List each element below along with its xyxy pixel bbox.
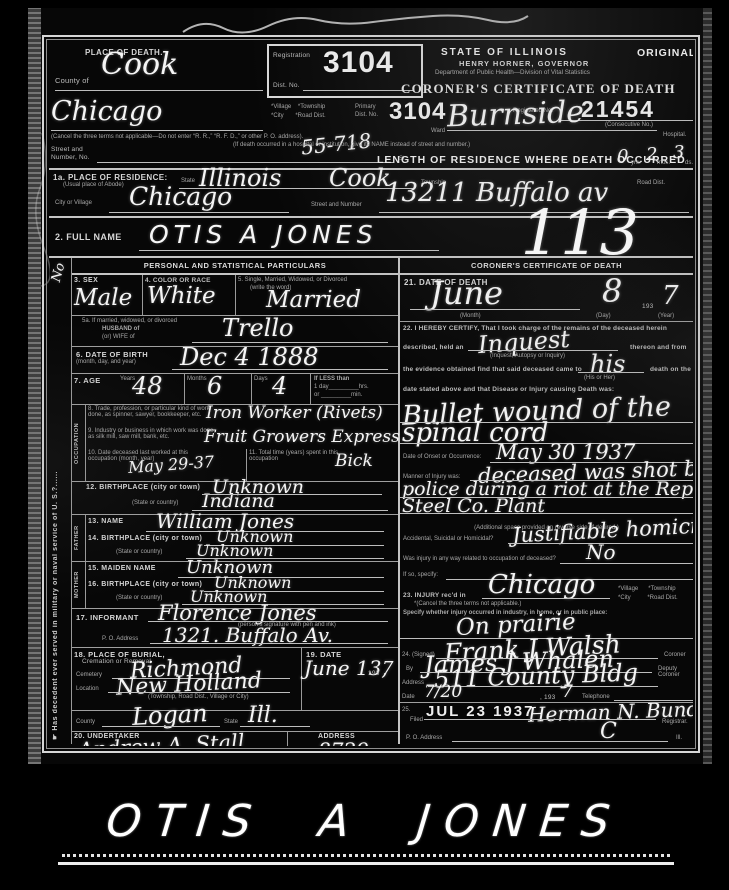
hospital-note: (If death occurred in a hospital or inst… — [233, 142, 470, 148]
trade-handwritten: Iron Worker (Rivets) — [206, 405, 383, 422]
burial-year-printed: 193 — [368, 670, 379, 678]
occupation-cells: 8. Trade, profession, or particular kind… — [86, 405, 398, 481]
yrs-unit: yrs. — [631, 160, 641, 166]
underline — [560, 563, 693, 564]
burial-date-cell: 19. DATE June 13, 193 7 — [301, 648, 398, 710]
burial-row: 18. PLACE OF BURIAL, Cremation or Remova… — [72, 648, 398, 711]
accidental-label: Accidental, Suicidal or Homicidal? — [403, 536, 493, 542]
underline — [578, 372, 644, 373]
deputy-coroner-label: Deputy Coroner — [658, 666, 693, 678]
informant-label: 17. INFORMANT — [76, 613, 139, 622]
certify-line-4: the evidence obtained find that said dec… — [403, 366, 582, 374]
personal-particulars-column: PERSONAL AND STATISTICAL PARTICULARS 3. … — [72, 258, 400, 744]
county-handwritten: Cook — [101, 50, 178, 80]
full-name-row: 2. FULL NAME OTIS A JONES 113 — [49, 218, 693, 258]
registration-box: Registration 3104 Dist. No. — [267, 44, 423, 98]
informant-addr-label: P. O. Address — [102, 636, 138, 642]
caption-area: OTIS A JONES — [0, 788, 729, 888]
date-of-death-row: 21. DATE OF DEATH June (Month) 8 (Day) 1… — [400, 275, 693, 322]
inquest-sublabel: (Inquest, Autopsy or Inquiry) — [490, 353, 565, 359]
occupation-row: OCCUPATION 8. Trade, profession, or part… — [72, 405, 398, 482]
accidental-row: Accidental, Suicidal or Homicidal? Justi… — [400, 526, 693, 548]
onset-label: Date of Onset or Occurrence: — [403, 454, 481, 460]
age-months-cell: Months 6 — [185, 374, 252, 404]
filed-row: 25. Filed JUL 23 1937 Herman N. Bundesen… — [400, 702, 693, 727]
father-row: FATHER 13. NAME William Jones 14. BIRTHP… — [72, 515, 398, 562]
burial-state-label: State — [224, 719, 238, 725]
street-and-number-label: Street and Number — [311, 202, 362, 208]
underline — [482, 598, 610, 599]
his-sublabel: (His or Her) — [584, 375, 615, 381]
injury-label: 23. INJURY rec'd in — [403, 592, 466, 600]
underline — [139, 250, 439, 251]
undertaker-address-cell: ADDRESS 8729 Commercial Av — [287, 732, 398, 746]
occupation-side-strip: OCCUPATION — [72, 405, 86, 481]
father-bp-label: 14. BIRTHPLACE (city or town) — [88, 535, 202, 543]
race-handwritten: White — [147, 285, 216, 308]
marital-handwritten: Married — [266, 289, 361, 312]
spouse-label-1: 5a. If married, widowed, or divorced — [82, 318, 177, 324]
form-header: PLACE OF DEATH. County of Cook Registrat… — [49, 42, 693, 170]
trade-label: 8. Trade, profession, or particular kind… — [88, 406, 216, 418]
dob-label: 6. DATE OF BIRTH — [76, 350, 148, 359]
certify-line-3: thereon and from — [630, 344, 687, 352]
father-bp-sublabel: (State or country) — [116, 549, 162, 555]
industry-label: 9. Industry or business in which work wa… — [88, 428, 216, 440]
certificate-title: CORONER'S CERTIFICATE OF DEATH — [401, 81, 676, 97]
spouse-label-2: HUSBAND of — [102, 326, 139, 332]
age-days-label: Days — [254, 376, 268, 382]
age-label: 7. AGE — [74, 376, 101, 385]
registrar-mark-handwritten: C — [600, 721, 617, 743]
death-certificate: PLACE OF DEATH. County of Cook Registrat… — [28, 8, 712, 764]
dob-sublabel: (month, day, and year) — [76, 359, 136, 365]
informant-row: 17. INFORMANT Florence Jones (person's s… — [72, 609, 398, 648]
certify-line-6: date stated above and that Disease or In… — [403, 386, 614, 394]
photostat-page: PLACE OF DEATH. County of Cook Registrat… — [0, 0, 729, 890]
dob-row: 6. DATE OF BIRTH (month, day, and year) … — [72, 347, 398, 374]
consecutive-no-label: (Consecutive No.) — [605, 122, 653, 128]
death-day-sublabel: (Day) — [596, 313, 611, 319]
village-terms-line2: *City *Road Dist. — [271, 113, 326, 119]
underline — [410, 309, 580, 310]
spouse-label-3: (or) WIFE of — [102, 334, 135, 340]
underline — [400, 513, 693, 514]
sex-cell: 3. SEX Male — [72, 275, 143, 315]
primary-dist-number-stamp: 3104 — [389, 98, 446, 126]
film-edge-left — [28, 8, 41, 764]
county-of-label: County of — [55, 76, 89, 85]
underline — [202, 494, 382, 495]
certificate-frame: PLACE OF DEATH. County of Cook Registrat… — [42, 35, 700, 753]
underline — [428, 686, 658, 687]
form-columns: No ☛ Has decedent ever served in militar… — [49, 258, 693, 744]
by-label: By — [406, 666, 413, 672]
manner-row: Manner of Injury was: deceased was shot … — [400, 466, 693, 516]
governor-line: HENRY HORNER, GOVERNOR — [459, 59, 589, 68]
coroner-certificate-column: CORONER'S CERTIFICATE OF DEATH 21. DATE … — [400, 258, 693, 744]
burial-county-label: County — [76, 719, 95, 725]
burial-year-handwritten: 7 — [382, 660, 393, 678]
ds-unit: ds. — [685, 160, 693, 166]
death-month-handwritten: June — [430, 277, 503, 309]
mother-bp-sublabel: (State or country) — [116, 595, 162, 601]
race-cell: 4. COLOR OR RACE White — [143, 275, 236, 315]
street-label-2: Number, No. — [51, 154, 90, 162]
death-year-sublabel: (Year) — [658, 313, 674, 319]
city-or-village-label: City or Village — [55, 200, 92, 206]
industry-cell: 9. Industry or business in which work wa… — [86, 427, 398, 449]
trade-cell: 8. Trade, profession, or particular kind… — [86, 405, 398, 427]
total-time-label: 11. Total time (years) spent in this occ… — [249, 450, 339, 462]
residence-county-handwritten: Cook — [329, 166, 391, 190]
military-service-question: ☛ Has decedent ever served in military o… — [52, 298, 60, 740]
hospital-label: Hospital. — [663, 132, 686, 138]
length-yrs-handwritten: 0 — [617, 148, 628, 166]
underline — [148, 621, 388, 622]
death-month-sublabel: (Month) — [460, 313, 481, 319]
age-years-cell: Years 48 — [118, 374, 185, 404]
birthplace-sublabel: (State or country) — [132, 500, 178, 506]
caption-dotted-underline — [62, 854, 670, 857]
age-days-cell: Days 4 — [252, 374, 311, 404]
undertaker-row: 20. UNDERTAKER Andrew A. Stall (personal… — [72, 732, 398, 746]
specify-label: If so, specify: — [403, 572, 438, 578]
injury-cancel-note: *(Cancel the three terms not applicable.… — [414, 601, 521, 607]
po-address-label: P. O. Address — [406, 735, 442, 741]
caption-solid-underline — [58, 862, 674, 865]
marital-label: 5. Single, Married, Widowed, or Divorced — [238, 277, 347, 283]
signed-year-handwritten: 7 — [562, 684, 573, 701]
occupation-side-label: OCCUPATION — [74, 405, 80, 481]
injury-terms-line2: *City *Road Dist. — [618, 595, 678, 601]
age-months-handwritten: 6 — [207, 374, 222, 398]
last-worked-handwritten: May 29-37 — [128, 454, 215, 476]
ward-handwritten: Burnside — [447, 98, 585, 133]
underline — [109, 212, 289, 213]
underline — [51, 130, 263, 131]
underline — [240, 726, 310, 727]
full-name-handwritten: OTIS A JONES — [149, 220, 378, 249]
mother-side-strip: MOTHER — [72, 562, 86, 608]
filed-label: Filed — [410, 717, 423, 723]
primary-dist-label: Dist. No. — [355, 112, 378, 118]
father-side-strip: FATHER — [72, 515, 86, 561]
left-margin-strip: No ☛ Has decedent ever served in militar… — [49, 258, 72, 744]
military-service-answer-handwritten: No — [50, 262, 68, 284]
cancel-note: (Cancel the three terms not applicable—D… — [51, 134, 471, 140]
age-less-cell: If LESS than 1 day_________hrs. or _____… — [311, 374, 398, 404]
age-label-cell: 7. AGE — [72, 374, 118, 404]
road-dist-label: Road Dist. — [637, 180, 665, 186]
industry-handwritten: Fruit Growers Express — [204, 429, 400, 446]
po-address-row: C P. O. Address Ill. — [400, 727, 693, 745]
underline — [172, 369, 388, 370]
ward-label: Ward — [431, 128, 445, 134]
sex-handwritten: Male — [74, 287, 132, 310]
burial-state-handwritten: Ill. — [248, 705, 278, 727]
signed-date-handwritten: 7/20 — [424, 684, 462, 701]
burial-county-row: County Logan State Ill. — [72, 711, 398, 732]
underline — [150, 643, 388, 644]
certify-line-2: described, held an — [403, 344, 464, 352]
injury-place-handwritten: Chicago — [488, 572, 595, 598]
marital-cell: 5. Single, Married, Widowed, or Divorced… — [236, 275, 398, 315]
case-number-handwritten: 113 — [521, 202, 639, 264]
related-row: Was injury in any way related to occupat… — [400, 548, 693, 568]
mother-name-label: 15. MAIDEN NAME — [88, 565, 156, 573]
birthplace-label: 12. BIRTHPLACE (city or town) — [86, 484, 200, 492]
full-name-label: 2. FULL NAME — [55, 232, 122, 243]
dist-no-label: Dist. No. — [273, 82, 300, 90]
original-label: ORIGINAL — [637, 47, 693, 59]
underline — [102, 726, 220, 727]
street-label-1: Street and — [51, 146, 83, 154]
registration-label: Registration — [273, 52, 310, 60]
total-time-handwritten: Bick — [335, 453, 373, 470]
age-months-label: Months — [187, 376, 207, 382]
cemetery-label: Cemetery — [76, 672, 102, 678]
registered-no-stamp: 21454 — [581, 96, 655, 123]
injury-terms-line1: *Village *Township — [618, 586, 676, 592]
mos-unit: mos. — [657, 160, 670, 166]
location-label: Location — [76, 686, 99, 692]
primary-label: Primary — [355, 104, 376, 110]
certificate-content: PLACE OF DEATH. County of Cook Registrat… — [49, 42, 693, 746]
underline — [97, 162, 393, 163]
department-line: Department of Public Health—Division of … — [435, 69, 590, 76]
village-terms-line1: *Village *Township — [271, 104, 325, 110]
undertaker-address-no-handwritten: 8729 — [318, 740, 369, 746]
death-year-handwritten: 7 — [662, 283, 679, 309]
ill-label: Ill. — [676, 735, 682, 741]
underline — [55, 90, 263, 91]
informant-addr-handwritten: 1321. Buffalo Av. — [162, 625, 333, 645]
age-days-handwritten: 4 — [272, 374, 287, 398]
residence-city-handwritten: Chicago — [129, 184, 232, 209]
age-row: 7. AGE Years 48 Months 6 Days — [72, 374, 398, 405]
related-label: Was injury in any way related to occupat… — [403, 556, 556, 562]
related-handwritten: No — [586, 542, 616, 562]
father-cells: 13. NAME William Jones 14. BIRTHPLACE (c… — [86, 515, 398, 561]
date-label: Date — [402, 694, 415, 700]
underline — [303, 90, 413, 91]
dob-handwritten: Dec 4 1888 — [180, 345, 319, 369]
caption-name-handwritten: OTIS A JONES — [82, 796, 647, 847]
undertaker-left-cell: 20. UNDERTAKER Andrew A. Stall (personal… — [72, 732, 287, 746]
certify-line-5: death on the — [650, 366, 691, 374]
mother-side-label: MOTHER — [74, 562, 80, 608]
coroner-label: Coroner — [664, 652, 686, 658]
address-label: Address — [402, 680, 424, 686]
father-side-label: FATHER — [74, 515, 80, 561]
length-mos-handwritten: 2 — [646, 146, 657, 164]
registration-number-stamp: 3104 — [323, 46, 394, 80]
death-day-handwritten: 8 — [602, 275, 622, 307]
filed-date-stamp: JUL 23 1937 — [426, 703, 534, 720]
registrar-label: Registrar. — [662, 719, 688, 725]
city-handwritten: Chicago — [51, 98, 162, 125]
length-ds-handwritten: 3 — [673, 144, 684, 162]
burial-county-handwritten: Logan — [131, 701, 208, 729]
underline — [452, 741, 668, 742]
age-less-label-2: 1 day_________hrs. — [314, 384, 369, 390]
film-edge-right — [703, 8, 712, 764]
spouse-handwritten: Trello — [222, 316, 293, 340]
signed-row: 24. (Signed) Frank J Walsh Coroner By Ja… — [400, 644, 693, 702]
residence-sublabel: (Usual place of Abode) — [63, 182, 124, 188]
sex-race-marital-row: 3. SEX Male 4. COLOR OR RACE White 5. Si… — [72, 275, 398, 316]
left-column-header: PERSONAL AND STATISTICAL PARTICULARS — [72, 258, 398, 275]
age-less-label-1: If LESS than — [314, 376, 349, 382]
underline — [447, 130, 657, 131]
age-years-handwritten: 48 — [132, 374, 163, 398]
filed-no-label: 25. — [402, 707, 410, 713]
underline — [424, 719, 656, 720]
underline — [108, 692, 290, 693]
father-name-label: 13. NAME — [88, 518, 124, 526]
mother-bp-label: 16. BIRTHPLACE (city or town) — [88, 581, 202, 589]
state-of-illinois: STATE OF ILLINOIS — [441, 47, 568, 58]
certify-row: 22. I HEREBY CERTIFY, That I took charge… — [400, 322, 693, 402]
age-less-label-3: or _________min. — [314, 392, 362, 398]
death-year-printed: 193 — [642, 303, 653, 311]
